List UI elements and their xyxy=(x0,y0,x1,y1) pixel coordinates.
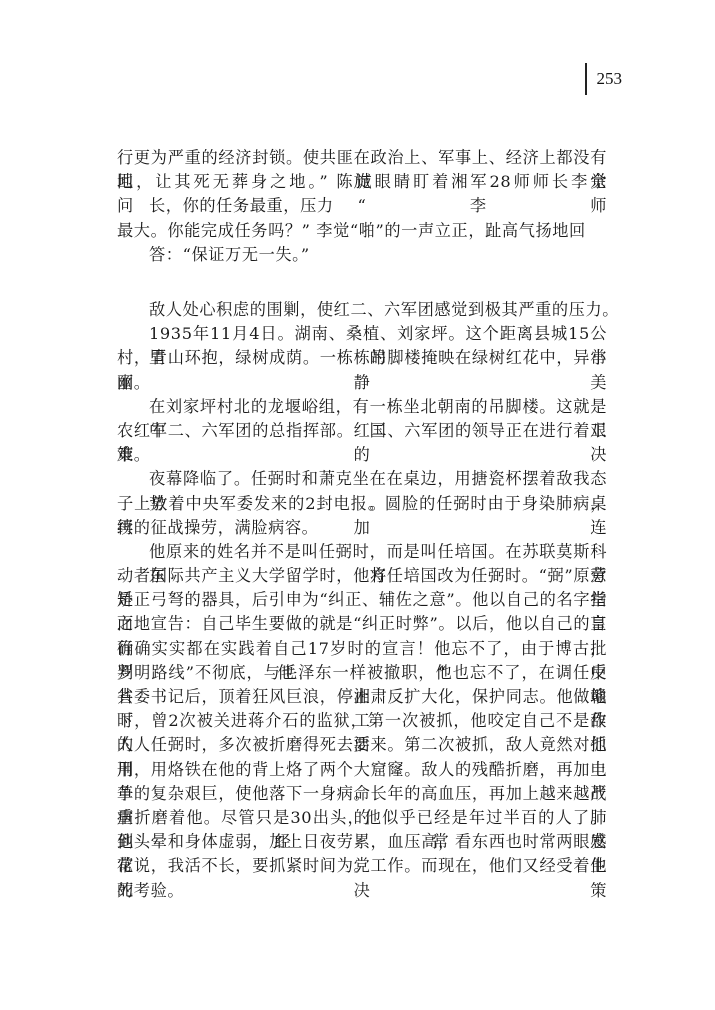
quote-line: 地，让其死无葬身之地。” 陈诚眼睛盯着湘军28师师长李觉问：“李师 xyxy=(117,170,607,194)
quote-line: 行更为严重的经济封锁。使共匪在政治上、军事上、经济上都没有回旋余 xyxy=(117,146,607,170)
body-line: 之地宣告：自己毕生要做的就是“纠正时弊”。以后，他以自己的言行， xyxy=(117,612,607,636)
body-line: 敌人处心积虑的围剿，使红二、六军团感觉到极其严重的压力。 xyxy=(117,298,607,322)
body-line: 时，曾2次被关进蒋介石的监狱，第一次被抓，他咬定自己不是敌人要抓 xyxy=(117,709,607,733)
body-line: 夜幕降临了。任弼时和萧克坐在在桌边，用搪瓷杯摆着敌我态势。桌 xyxy=(117,467,607,491)
quote-line: 最大。你能完成任务吗？” 李觉“啪”的一声立正，趾高气扬地回 xyxy=(117,219,607,243)
page-number-area: 253 xyxy=(585,62,622,96)
body-line: 罗明路线”不彻底，与毛泽东一样被撤职，他也忘不了，在调任中共湘赣 xyxy=(117,661,607,685)
body-line: 农红军二、六军团的总指挥部。红二、六军团的领导正在进行着艰难的决 xyxy=(117,419,607,443)
quote-line: 答：“保证万无一失。” xyxy=(117,243,607,267)
body-line: 常说，我活不长，要抓紧时间为党工作。而现在，他们又经受着生死决策 xyxy=(117,854,607,878)
page-number-divider xyxy=(585,63,587,95)
body-line: 的人任弼时，多次被折磨得死去活来。第二次被抓，敌人竟然对他用电 xyxy=(117,733,607,757)
body-line: 他原来的姓名并不是叫任弼时，而是叫任培国。在苏联莫斯科东方劳 xyxy=(117,540,607,564)
main-body-text: 敌人处心积虑的围剿，使红二、六军团感觉到极其严重的压力。1935年11月4日。湖… xyxy=(117,298,607,903)
body-line: 矫正弓弩的器具，后引申为“纠正、辅佐之意”。他以自己的名字堂而皇 xyxy=(117,588,607,612)
body-line: 1935年11月4日。湖南、桑植、刘家坪。这个距离县城15公里的小 xyxy=(117,322,607,346)
body-line: 省委书记后，顶着狂风巨浪，停止肃反扩大化，保护同志。他做地下工作 xyxy=(117,685,607,709)
body-line: 病折磨着他。尽管只是30出头，他似乎已经是年过半百的人了。他经常感 xyxy=(117,806,607,830)
body-line: 刑，用烙铁在他的背上烙了两个大窟窿。敌人的残酷折磨，再加上革命战 xyxy=(117,758,607,782)
body-line: 确确实实都在实践着自己17岁时的宣言！他忘不了，由于博古批判他“反 xyxy=(117,637,607,661)
body-line: 村，青山环抱，绿树成荫。一栋栋吊脚楼掩映在绿树红花中，异常幽静美 xyxy=(117,346,607,370)
body-line: 子上放着中央军委发来的2封电报。圆脸的任弼时由于身染肺病，再加连 xyxy=(117,492,607,516)
quote-section: 行更为严重的经济封锁。使共匪在政治上、军事上、经济上都没有回旋余地，让其死无葬身… xyxy=(117,146,607,267)
body-line: 到头晕和身体虚弱，加上日夜劳累，血压高，看东西也时常两眼发花。他 xyxy=(117,830,607,854)
page-number: 253 xyxy=(597,69,623,89)
body-line: 动者国际共产主义大学留学时，他将任培国改为任弼时。“弼”原意是指 xyxy=(117,564,607,588)
body-line: 争的复杂艰巨，使他落下一身病。长年的高血压，再加上越来越严重的肺 xyxy=(117,782,607,806)
body-line: 在刘家坪村北的龙堰峪组，有一栋坐北朝南的吊脚楼。这就是中国工 xyxy=(117,395,607,419)
